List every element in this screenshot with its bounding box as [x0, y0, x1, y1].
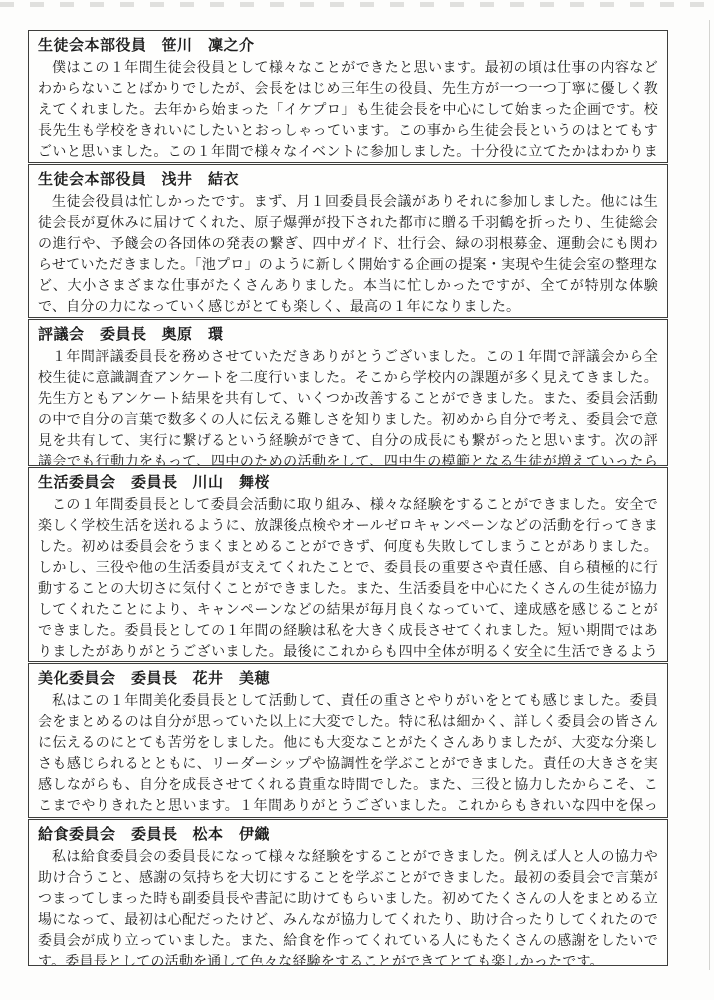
- section-member-name: 花井 美穂: [193, 670, 271, 687]
- section-body: １年間評議委員長を務めさせていただきありがとうございました。この１年間で評議会か…: [38, 346, 658, 466]
- section-role: 生徒会本部役員: [38, 171, 147, 188]
- scan-noise-artifact: [0, 2, 714, 7]
- section-role: 生徒会本部役員: [38, 37, 147, 54]
- section-body: 私はこの１年間美化委員長として活動して、責任の重さとやりがいをとても感じました。…: [38, 690, 658, 818]
- section-role: 評議会 委員長: [38, 326, 147, 343]
- section-heading: 美化委員会 委員長花井 美穂: [38, 669, 658, 689]
- section-card-council-chair: 評議会 委員長奥原 環 １年間評議委員長を務めさせていただきありがとうございまし…: [28, 319, 668, 466]
- section-card-lunch-committee-chair: 給食委員会 委員長松本 伊織 私は給食委員会の委員長になって様々な経験をすること…: [28, 819, 668, 966]
- section-member-name: 浅井 結衣: [162, 171, 240, 188]
- section-role: 給食委員会 委員長: [38, 826, 178, 843]
- section-member-name: 川山 舞桜: [193, 474, 271, 491]
- section-heading: 評議会 委員長奥原 環: [38, 325, 658, 345]
- scan-edge-artifact: [709, 20, 710, 970]
- section-body: 私は給食委員会の委員長になって様々な経験をすることができました。例えば人と人の協…: [38, 846, 658, 966]
- section-card-life-committee-chair: 生活委員会 委員長川山 舞桜 この１年間委員長として委員会活動に取り組み、様々な…: [28, 467, 668, 662]
- section-role: 美化委員会 委員長: [38, 670, 178, 687]
- section-body: この１年間委員長として委員会活動に取り組み、様々な経験をすることができました。安…: [38, 494, 658, 662]
- section-heading: 給食委員会 委員長松本 伊織: [38, 825, 658, 845]
- section-body: 生徒会役員は忙しかったです。まず、月１回委員長会議がありそれに参加しました。他に…: [38, 191, 658, 317]
- section-card-student-council-officer-2: 生徒会本部役員浅井 結衣 生徒会役員は忙しかったです。まず、月１回委員長会議があ…: [28, 164, 668, 318]
- section-heading: 生徒会本部役員浅井 結衣: [38, 170, 658, 190]
- section-body: 僕はこの１年間生徒会役員として様々なことができたと思います。最初の頃は仕事の内容…: [38, 57, 658, 163]
- section-member-name: 松本 伊織: [193, 826, 271, 843]
- section-heading: 生活委員会 委員長川山 舞桜: [38, 473, 658, 493]
- section-role: 生活委員会 委員長: [38, 474, 178, 491]
- section-card-beautification-committee-chair: 美化委員会 委員長花井 美穂 私はこの１年間美化委員長として活動して、責任の重さ…: [28, 663, 668, 818]
- section-member-name: 笹川 凜之介: [162, 37, 255, 54]
- section-heading: 生徒会本部役員笹川 凜之介: [38, 36, 658, 56]
- section-card-student-council-officer-1: 生徒会本部役員笹川 凜之介 僕はこの１年間生徒会役員として様々なことができたと思…: [28, 30, 668, 163]
- section-member-name: 奥原 環: [162, 326, 224, 343]
